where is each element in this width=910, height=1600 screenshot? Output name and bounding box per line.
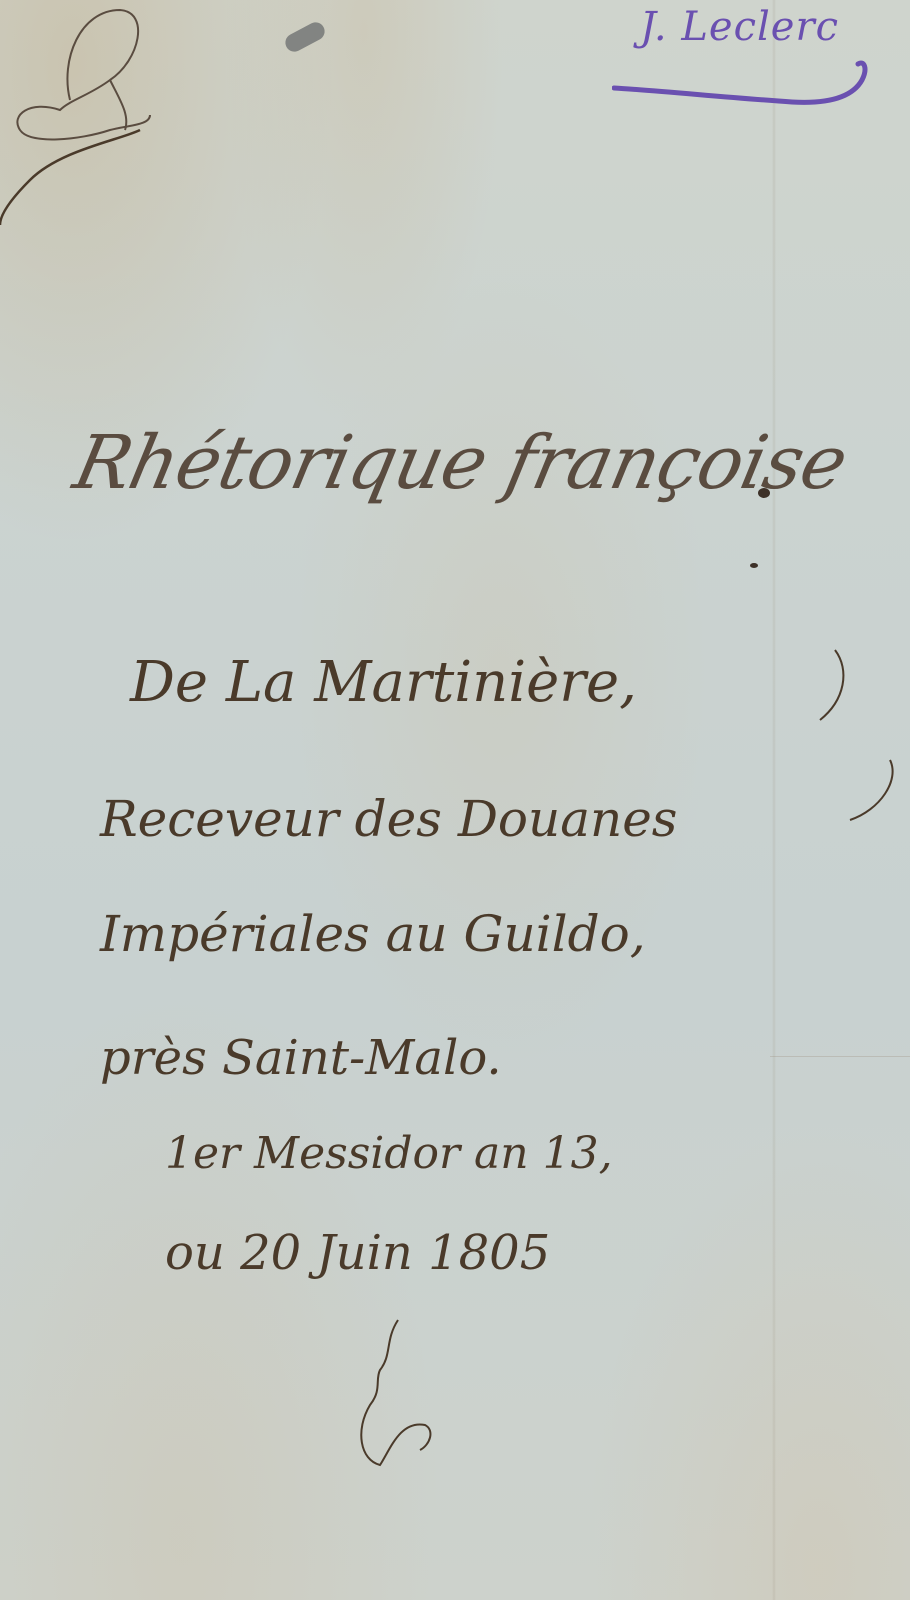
ink-dot <box>750 563 758 568</box>
ink-stain <box>282 19 328 55</box>
ink-dot <box>758 488 770 498</box>
closing-flourish <box>330 1300 440 1470</box>
stamp-underline-flourish <box>612 40 872 120</box>
author-name: De La Martinière, <box>130 650 637 715</box>
manuscript-title: Rhétorique françoise <box>67 420 854 506</box>
republican-date: 1er Messidor an 13, <box>165 1128 613 1179</box>
author-location: Impériales au Guildo, <box>100 905 646 963</box>
gregorian-date: ou 20 Juin 1805 <box>165 1225 550 1281</box>
monogram-flourish <box>0 0 180 230</box>
author-title: Receveur des Douanes <box>100 790 677 848</box>
bracket-flourish <box>760 640 900 900</box>
manuscript-page: J. Leclerc Rhétorique françoise De La Ma… <box>0 0 910 1600</box>
location-detail: près Saint-Malo. <box>100 1030 502 1086</box>
faint-rule-line <box>770 1056 910 1057</box>
